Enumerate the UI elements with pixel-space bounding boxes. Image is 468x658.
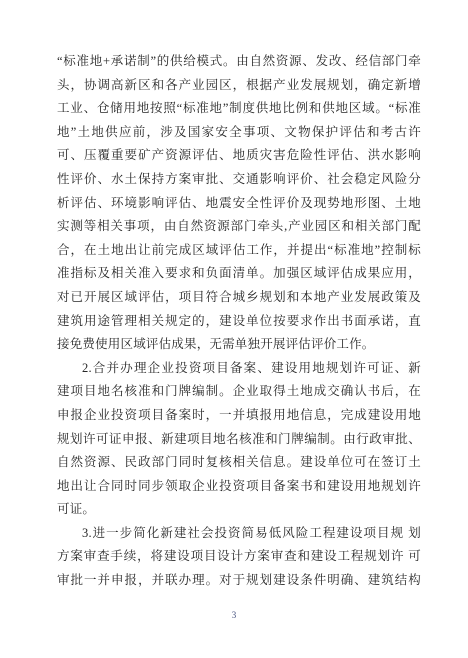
- text-line: 头，协调高新区和各产业园区，根据产业发展规划，确定新增: [57, 74, 421, 98]
- text-line: 接免费使用区域评估成果，无需单独开展评估评价工作。: [57, 333, 421, 357]
- text-line: 合，在土地出让前完成区域评估工作，并提出“标准地”控制标: [57, 239, 421, 263]
- text-line: 审批一并申报，并联办理。对于规划建设条件明确、建筑结构: [57, 569, 421, 593]
- text-line: 2.合并办理企业投资项目备案、建设用地规划许可证、新: [57, 357, 421, 381]
- text-line: 地”土地供应前，涉及国家安全事项、文物保护评估和考古许: [57, 121, 421, 145]
- text-line: 准指标及相关准入要求和负面清单。加强区域评估成果应用，: [57, 262, 421, 286]
- page-number: 3: [232, 609, 237, 621]
- text-line: 自然资源、民政部门同时复核相关信息。建设单位可在签订土: [57, 451, 421, 475]
- text-line: “标准地+承诺制”的供给模式。由自然资源、发改、经信部门牵: [57, 50, 421, 74]
- text-line: 实测等相关事项，由自然资源部门牵头,产业园区和相关部门配: [57, 215, 421, 239]
- page-footer: 3: [0, 605, 468, 623]
- text-line: 3.进一步简化新建社会投资简易低风险工程建设项目规 划: [57, 522, 421, 546]
- text-line: 性评价、水土保持方案审批、交通影响评价、社会稳定风险分: [57, 168, 421, 192]
- text-line: 工业、仓储用地按照“标准地”制度供地比例和供地区域。“标准: [57, 97, 421, 121]
- text-line: 建项目地名核准和门牌编制。企业取得土地成交确认书后，在: [57, 380, 421, 404]
- text-line: 可、压覆重要矿产资源评估、地质灾害危险性评估、洪水影响: [57, 144, 421, 168]
- text-line: 规划许可证申报、新建项目地名核准和门牌编制。由行政审批、: [57, 428, 421, 452]
- text-line: 可证。: [57, 498, 421, 522]
- paragraph: 2.合并办理企业投资项目备案、建设用地规划许可证、新建项目地名核准和门牌编制。企…: [57, 357, 421, 522]
- paragraph: “标准地+承诺制”的供给模式。由自然资源、发改、经信部门牵头，协调高新区和各产业…: [57, 50, 421, 357]
- text-line: 地出让合同时同步领取企业投资项目备案书和建设用地规划许: [57, 475, 421, 499]
- document-body: “标准地+承诺制”的供给模式。由自然资源、发改、经信部门牵头，协调高新区和各产业…: [57, 50, 421, 593]
- text-line: 方案审查手续，将建设项目设计方案审查和建设工程规划许 可: [57, 545, 421, 569]
- document-page: “标准地+承诺制”的供给模式。由自然资源、发改、经信部门牵头，协调高新区和各产业…: [0, 0, 468, 658]
- text-line: 对已开展区域评估，项目符合城乡规划和本地产业发展政策及: [57, 286, 421, 310]
- text-line: 析评估、环境影响评估、地震安全性评价及现势地形图、土地: [57, 192, 421, 216]
- text-line: 申报企业投资项目备案时，一并填报用地信息，完成建设用地: [57, 404, 421, 428]
- text-line: 建筑用途管理相关规定的，建设单位按要求作出书面承诺，直: [57, 310, 421, 334]
- paragraph: 3.进一步简化新建社会投资简易低风险工程建设项目规 划方案审查手续，将建设项目设…: [57, 522, 421, 593]
